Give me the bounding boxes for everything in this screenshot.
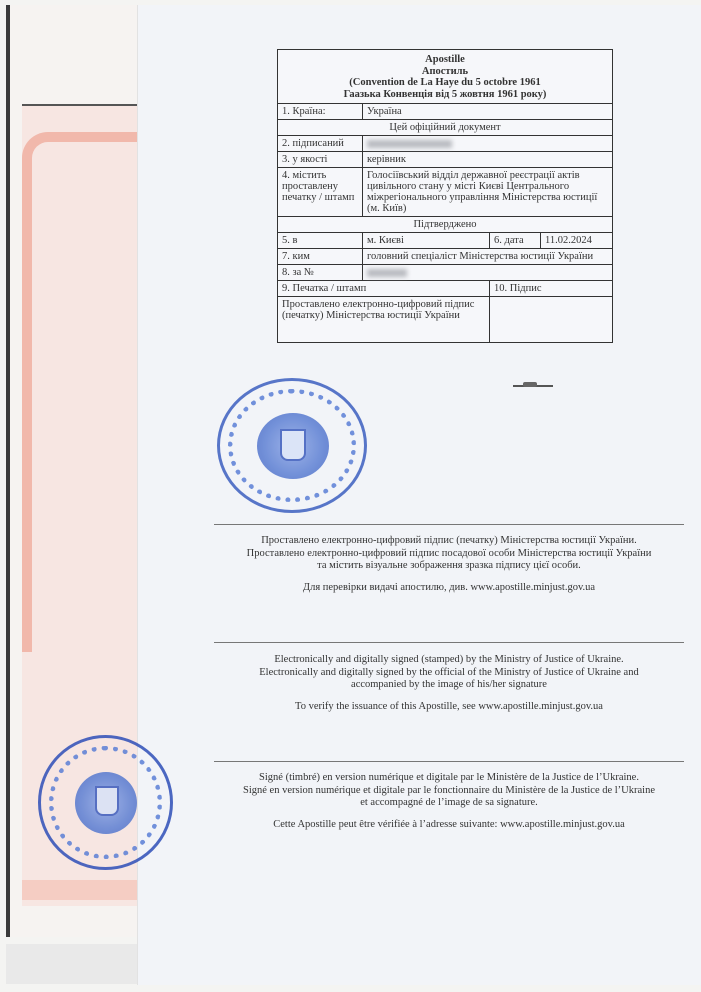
header-line-1: Apostille xyxy=(282,54,608,66)
note-french: Signé (timbré) en version numérique et d… xyxy=(214,772,684,831)
capacity-value: керівник xyxy=(363,152,613,168)
at-value: м. Києві xyxy=(363,233,490,249)
redacted-name xyxy=(367,140,452,148)
note-fr-line-1: Signé (timbré) en version numérique et d… xyxy=(214,772,684,785)
ministry-seal-icon-2 xyxy=(38,735,173,870)
note-en-verify: To verify the issuance of this Apostille… xyxy=(214,701,684,714)
page-shadow xyxy=(6,944,138,984)
country-label: 1. Країна: xyxy=(278,104,363,120)
ornamental-border xyxy=(22,132,138,652)
number-label: 8. за № xyxy=(278,265,363,281)
note-uk-verify: Для перевірки видачі апостилю, див. www.… xyxy=(214,582,684,595)
by-label: 7. ким xyxy=(278,249,363,265)
header-line-4: Гаазька Конвенція від 5 жовтня 1961 року… xyxy=(282,89,608,101)
header-line-3: (Convention de La Haye du 5 octobre 1961 xyxy=(282,77,608,89)
note-en-line-3: accompanied by the image of his/her sign… xyxy=(214,679,684,692)
date-value: 11.02.2024 xyxy=(541,233,613,249)
header-line-2: Апостиль xyxy=(282,66,608,78)
trident-shield-icon xyxy=(95,786,119,816)
by-value: головний спеціаліст Міністерства юстиції… xyxy=(363,249,613,265)
ornamental-border-bottom xyxy=(22,880,138,900)
seal-value: Голосіївський відділ державної реєстраці… xyxy=(363,168,613,217)
stamp-label: 9. Печатка / штамп xyxy=(278,281,490,297)
capacity-label: 3. у якості xyxy=(278,152,363,168)
signature-value xyxy=(490,297,613,343)
note-uk-line-3: та містить візуальне зображення зразка п… xyxy=(214,560,684,573)
country-value: Україна xyxy=(363,104,613,120)
divider-fr xyxy=(214,761,684,762)
certified-heading: Підтверджено xyxy=(278,217,613,233)
note-uk-line-2: Проставлено електронно-цифровий підпис п… xyxy=(214,548,684,561)
note-fr-line-2: Signé en version numérique et digitale p… xyxy=(214,785,684,798)
signed-by-label: 2. підписаний xyxy=(278,136,363,152)
divider-en xyxy=(214,642,684,643)
ministry-seal-icon xyxy=(217,378,367,513)
divider-uk xyxy=(214,524,684,525)
apostille-header: Apostille Апостиль (Convention de La Hay… xyxy=(278,50,613,104)
stamp-value: Проставлено електронно-цифровий підпис (… xyxy=(278,297,490,343)
signature-mark xyxy=(513,385,553,387)
note-en-line-1: Electronically and digitally signed (sta… xyxy=(214,654,684,667)
redacted-number xyxy=(367,269,407,277)
seal-label: 4. містить проставлену печатку / штамп xyxy=(278,168,363,217)
trident-shield-icon xyxy=(280,429,306,461)
at-label: 5. в xyxy=(278,233,363,249)
note-uk-line-1: Проставлено електронно-цифровий підпис (… xyxy=(214,535,684,548)
apostille-table: Apostille Апостиль (Convention de La Hay… xyxy=(277,49,613,343)
note-ukrainian: Проставлено електронно-цифровий підпис (… xyxy=(214,535,684,594)
number-value xyxy=(363,265,613,281)
signed-by-value xyxy=(363,136,613,152)
note-english: Electronically and digitally signed (sta… xyxy=(214,654,684,713)
this-document-heading: Цей офіційний документ xyxy=(278,120,613,136)
note-en-line-2: Electronically and digitally signed by t… xyxy=(214,667,684,680)
note-fr-verify: Cette Apostille peut être vérifiée à l’a… xyxy=(214,819,684,832)
signature-label: 10. Підпис xyxy=(490,281,613,297)
note-fr-line-3: et accompagné de l’image de sa signature… xyxy=(214,797,684,810)
date-label: 6. дата xyxy=(490,233,541,249)
